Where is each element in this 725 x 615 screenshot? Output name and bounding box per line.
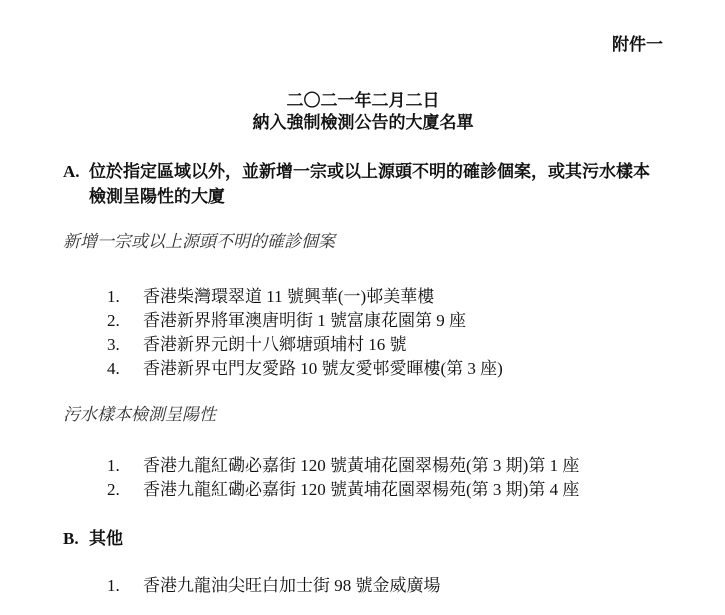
section-a-heading-text: 位於指定區域以外，並新增一宗或以上源頭不明的確診個案，或其污水樣本檢測呈陽性的大… bbox=[89, 159, 663, 209]
document-page: 附件一 二〇二一年二月二日 納入強制檢測公告的大廈名單 A. 位於指定區域以外，… bbox=[0, 0, 725, 615]
list-item-number: 2. bbox=[107, 478, 143, 502]
document-title: 納入強制檢測公告的大廈名單 bbox=[63, 112, 663, 134]
list-item: 1. 香港九龍油尖旺白加士街 98 號金威廣場 bbox=[107, 574, 663, 598]
subsection-heading-sewage-positive: 污水樣本檢測呈陽性 bbox=[63, 404, 663, 426]
section-b-heading: B. 其他 bbox=[63, 528, 663, 550]
list-item-number: 3. bbox=[107, 333, 143, 357]
list-item-text: 香港新界將軍澳唐明街 1 號富康花園第 9 座 bbox=[143, 309, 663, 333]
list-item-text: 香港九龍紅磡必嘉街 120 號黃埔花園翠楊苑(第 3 期)第 4 座 bbox=[143, 478, 663, 502]
list-item-text: 香港柴灣環翠道 11 號興華(一)邨美華樓 bbox=[143, 285, 663, 309]
list-item: 3. 香港新界元朗十八鄉塘頭埔村 16 號 bbox=[107, 333, 663, 357]
list-item-number: 4. bbox=[107, 357, 143, 381]
list-item-text: 香港九龍油尖旺白加士街 98 號金威廣場 bbox=[143, 574, 663, 598]
building-list-unknown-source: 1. 香港柴灣環翠道 11 號興華(一)邨美華樓 2. 香港新界將軍澳唐明街 1… bbox=[107, 285, 663, 381]
building-list-sewage-positive: 1. 香港九龍紅磡必嘉街 120 號黃埔花園翠楊苑(第 3 期)第 1 座 2.… bbox=[107, 454, 663, 502]
document-title-block: 二〇二一年二月二日 納入強制檢測公告的大廈名單 bbox=[63, 90, 663, 134]
list-item-text: 香港新界元朗十八鄉塘頭埔村 16 號 bbox=[143, 333, 663, 357]
list-item-text: 香港新界屯門友愛路 10 號友愛邨愛暉樓(第 3 座) bbox=[143, 357, 663, 381]
section-a-label: A. bbox=[63, 159, 89, 209]
section-a-heading: A. 位於指定區域以外，並新增一宗或以上源頭不明的確診個案，或其污水樣本檢測呈陽… bbox=[63, 159, 663, 209]
list-item-number: 1. bbox=[107, 285, 143, 309]
section-b-heading-text: 其他 bbox=[89, 528, 663, 550]
list-item-number: 1. bbox=[107, 454, 143, 478]
list-item-number: 2. bbox=[107, 309, 143, 333]
list-item: 4. 香港新界屯門友愛路 10 號友愛邨愛暉樓(第 3 座) bbox=[107, 357, 663, 381]
list-item: 1. 香港九龍紅磡必嘉街 120 號黃埔花園翠楊苑(第 3 期)第 1 座 bbox=[107, 454, 663, 478]
list-item: 1. 香港柴灣環翠道 11 號興華(一)邨美華樓 bbox=[107, 285, 663, 309]
list-item-text: 香港九龍紅磡必嘉街 120 號黃埔花園翠楊苑(第 3 期)第 1 座 bbox=[143, 454, 663, 478]
subsection-heading-unknown-source-cases: 新增一宗或以上源頭不明的確診個案 bbox=[63, 231, 663, 253]
list-item-number: 1. bbox=[107, 574, 143, 598]
building-list-other: 1. 香港九龍油尖旺白加士街 98 號金威廣場 bbox=[107, 574, 663, 598]
section-b-label: B. bbox=[63, 528, 89, 550]
document-date: 二〇二一年二月二日 bbox=[63, 90, 663, 112]
annex-label: 附件一 bbox=[63, 34, 663, 56]
list-item: 2. 香港九龍紅磡必嘉街 120 號黃埔花園翠楊苑(第 3 期)第 4 座 bbox=[107, 478, 663, 502]
list-item: 2. 香港新界將軍澳唐明街 1 號富康花園第 9 座 bbox=[107, 309, 663, 333]
